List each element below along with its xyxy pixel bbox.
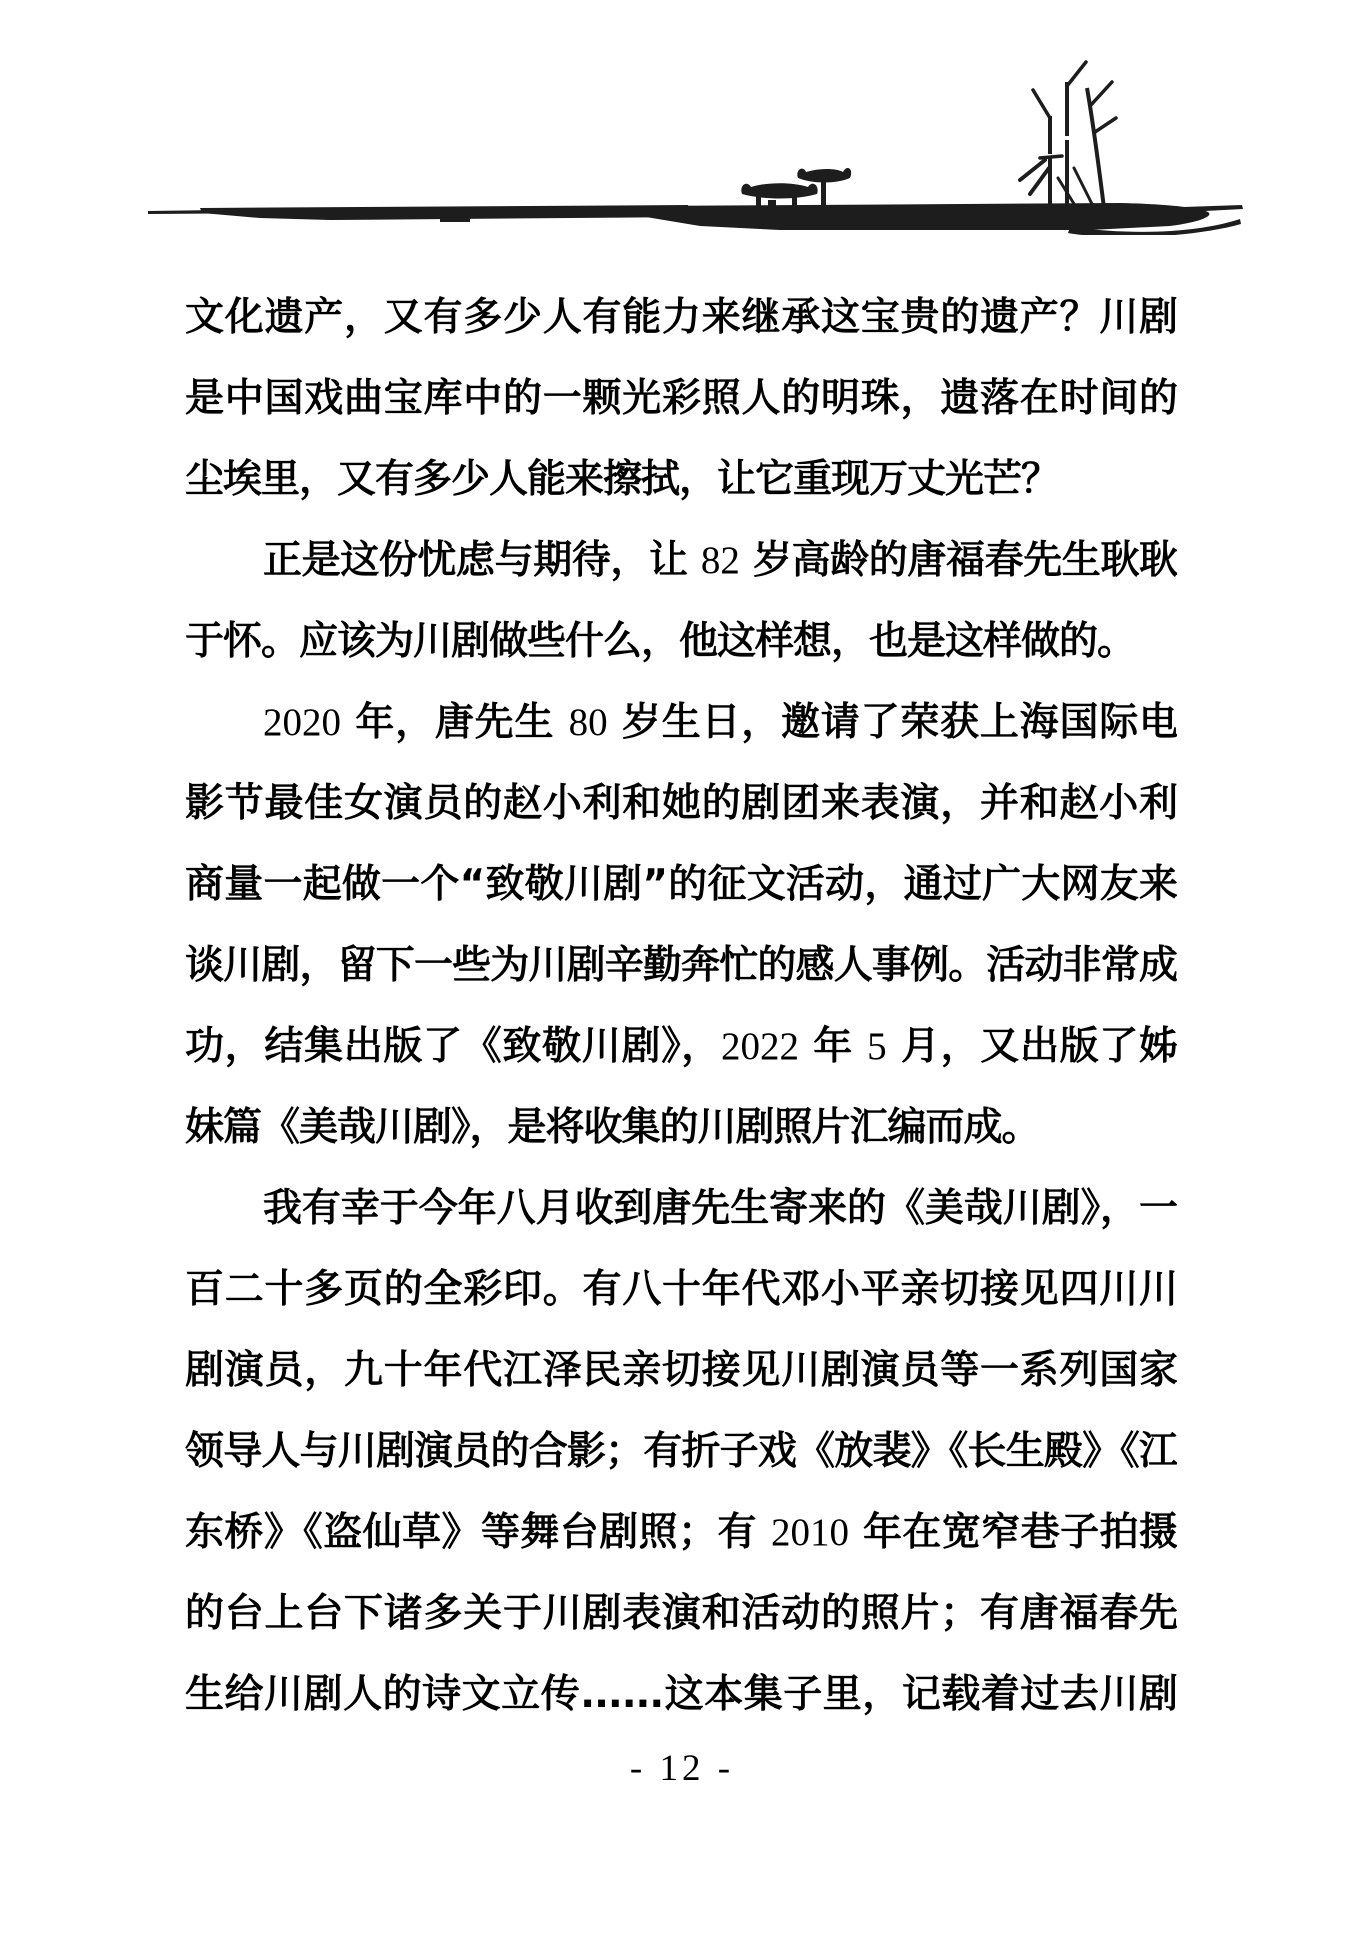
- text-line-8: 商量一起做一个“致敬川剧”的征文活动，通过广大网友来: [185, 844, 1177, 925]
- text-line-10: 功，结集出版了《致敬川剧》，2022 年 5 月，又出版了姊: [185, 1006, 1177, 1087]
- numeral: 80: [569, 701, 608, 744]
- text-line-15: 领导人与川剧演员的合影；有折子戏《放裴》《长生殿》《江: [185, 1411, 1177, 1492]
- text-line-2: 是中国戏曲宝库中的一颗光彩照人的明珠，遗落在时间的: [185, 358, 1177, 439]
- text-line-17: 的台上台下诸多关于川剧表演和活动的照片；有唐福春先: [185, 1573, 1177, 1654]
- numeral: 82: [701, 539, 740, 582]
- shoreline-icon: [148, 203, 1243, 235]
- text-line-9: 谈川剧，留下一些为川剧辛勤奔忙的感人事例。活动非常成: [185, 925, 1177, 1006]
- numeral: 2010: [771, 1511, 849, 1554]
- document-page: 文化遗产，又有多少人有能力来继承这宝贵的遗产？川剧是中国戏曲宝库中的一颗光彩照人…: [0, 0, 1364, 1935]
- text-line-4: 正是这份忧虑与期待，让 82 岁高龄的唐福春先生耿耿: [185, 520, 1177, 601]
- body-text: 文化遗产，又有多少人有能力来继承这宝贵的遗产？川剧是中国戏曲宝库中的一颗光彩照人…: [185, 277, 1177, 1735]
- text-line-3: 尘埃里，又有多少人能来擦拭，让它重现万丈光芒？: [185, 439, 1177, 520]
- text-line-7: 影节最佳女演员的赵小利和她的剧团来表演，并和赵小利: [185, 763, 1177, 844]
- text-line-14: 剧演员，九十年代江泽民亲切接见川剧演员等一系列国家: [185, 1330, 1177, 1411]
- numeral: 5: [867, 1025, 887, 1068]
- text-line-1: 文化遗产，又有多少人有能力来继承这宝贵的遗产？川剧: [185, 277, 1177, 358]
- header-illustration: [140, 60, 1250, 235]
- text-line-18: 生给川剧人的诗文立传......这本集子里，记载着过去川剧流: [185, 1654, 1177, 1735]
- text-line-12: 我有幸于今年八月收到唐先生寄来的《美哉川剧》，一: [185, 1168, 1177, 1249]
- text-line-16: 东桥》《盗仙草》等舞台剧照；有 2010 年在宽窄巷子拍摄: [185, 1492, 1177, 1573]
- text-line-5: 于怀。应该为川剧做些什么，他这样想，也是这样做的。: [185, 601, 1177, 682]
- pavilion-icon: [741, 168, 851, 210]
- text-line-11: 妹篇《美哉川剧》，是将收集的川剧照片汇编而成。: [185, 1087, 1177, 1168]
- text-line-6: 2020 年，唐先生 80 岁生日，邀请了荣获上海国际电: [185, 682, 1177, 763]
- text-line-13: 百二十多页的全彩印。有八十年代邓小平亲切接见四川川: [185, 1249, 1177, 1330]
- bamboo-icon: [1020, 62, 1116, 220]
- numeral: 2022: [721, 1025, 799, 1068]
- ink-landscape: [140, 60, 1250, 235]
- page-number: - 12 -: [0, 1747, 1364, 1790]
- numeral: 2020: [263, 701, 341, 744]
